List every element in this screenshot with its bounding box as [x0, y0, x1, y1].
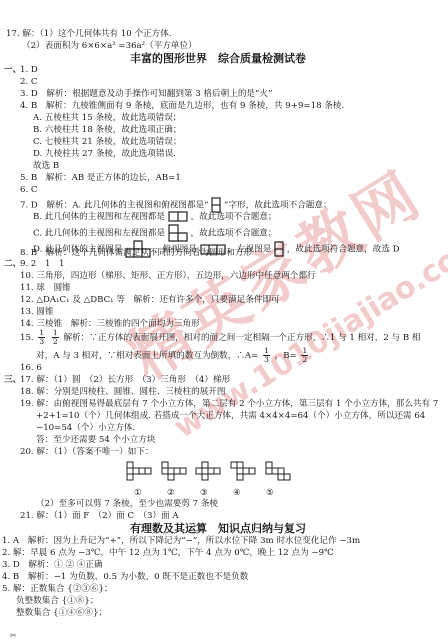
- q4-option-b: B. 六棱柱共 18 条棱，故此选项正确；: [33, 125, 182, 136]
- q15-answer-2: 12: [52, 329, 59, 346]
- part1-label: 一、: [4, 65, 21, 76]
- q3: 3. D 解析：根据题意及动手操作可知翻到第 3 格后朝上的是“火”: [20, 89, 272, 100]
- cube-net-label-2: ②: [167, 488, 175, 499]
- q17: 17. 解：（1）圆 （2）长方形 （3）三角形 （4）梯形: [20, 375, 230, 386]
- q13: 13. 圆锥: [20, 307, 54, 318]
- q4-conclusion: 故选 B: [33, 161, 59, 172]
- view-shape-two-side-by-side-icon: [168, 211, 188, 222]
- cube-net-label-1: ①: [134, 488, 142, 499]
- q7-b-pre: B. 此几何体的主视图和左视图都是: [33, 212, 165, 222]
- q9: 9. 2 1 1: [20, 259, 65, 270]
- q6: 6. C: [20, 185, 38, 196]
- q19-line1: 19. 解：由俯视图易得最底层有 7 个小立方体，第二层有 2 个小立方体，第三…: [20, 399, 438, 410]
- cube-net-5-icon: [265, 461, 291, 487]
- cube-nets-row: [126, 461, 291, 487]
- rational-item-5: 5. 解：正数集合 {②③⑥}；: [2, 584, 113, 595]
- integer-set: 整数集合 {①④⑥⑧}；: [16, 608, 107, 619]
- q8: 8. B 解析：这个几何体需满足从不同的方向看为圆形和方形: [20, 248, 252, 259]
- q15-line2: 对，A 与 3 相对，∵相对表面上所填的数互为倒数，∴A= 13 ，B= 12: [36, 347, 310, 364]
- q15-num: 15.: [20, 333, 34, 343]
- q7-head-tail: ”字形，故此选项不合题意；: [224, 201, 332, 211]
- q16: 16. 6: [20, 363, 42, 374]
- q17-prev-line2: （2）表面积为 6×6×a² =36a²（平方单位）: [22, 41, 197, 52]
- rational-item-1: 1. A 解析：因为上升记为“+”，所以下降记为“−”，所以水位下降 3m 时水…: [2, 536, 360, 547]
- q12: 12. △DA₁C₁ 及 △DBC₁ 等 解析：还有许多个，只要满足条件即可: [20, 295, 280, 306]
- q7-c-post: ，故此选项不合题意；: [191, 229, 277, 239]
- q17-prev-line1: 17. 解：（1）这个几何体共有 10 个正方体.: [6, 29, 172, 40]
- q7-option-b: B. 此几何体的主视图和左视图都是 ，故此选项不合题意；: [33, 211, 277, 223]
- view-shape-two-stacked-icon: [274, 241, 284, 257]
- q2: 2. C: [20, 77, 38, 88]
- cube-net-label-3: ③: [200, 488, 208, 499]
- scan-mark: ✂: [10, 630, 17, 640]
- q7-d-post: ，故此选项符合题意，故选 D: [287, 245, 400, 255]
- q19-line2: +2+1=10（个）几何体组成. 若搭成一个大正方体，共需 4×4×4=64（个…: [36, 411, 425, 422]
- q11: 11. 球 圆锥: [20, 283, 71, 294]
- q4-option-a: A. 五棱柱共 15 条棱，故此选项错误；: [33, 113, 181, 124]
- q7-head-text: 7. D 解析：A. 此几何体的主视图和俯视图都是“: [20, 201, 209, 211]
- section-title-graphics: 丰富的图形世界 综合质量检测试卷: [130, 53, 306, 64]
- rational-item-3: 3. D 解析：① ② ④正确: [2, 560, 103, 571]
- q19-answer: 答：至少还需要 54 个小立方块: [36, 435, 156, 446]
- q15-text: 解析：∵正方体的表面展开图，相对的面之间一定相隔一个正方形，∴1 与 1 相对，…: [63, 333, 420, 343]
- q5: 5. B 解析：AB 是正方体的边长，AB=1: [20, 173, 181, 184]
- q20-part2: （2）至多可以剪 7 条棱，至少也需要剪 7 条棱: [36, 499, 218, 510]
- part3-label: 三、: [4, 375, 21, 386]
- section-title-rational: 有理数及其运算 知识点归纳与复习: [130, 523, 306, 534]
- q20-line1: 20. 解：（1）（答案不唯一）如下：: [20, 447, 154, 458]
- cube-net-label-5: ⑤: [266, 488, 274, 499]
- q7-b-post: ，故此选项不合题意；: [191, 212, 277, 222]
- cube-net-1-icon: [126, 461, 152, 487]
- q15: 15. 13 12 解析：∵正方体的表面展开图，相对的面之间一定相隔一个正方形，…: [20, 329, 421, 346]
- q4: 4. B 解析：九棱锥侧面有 9 条棱，底面是九边形，也有 9 条棱，共 9+9…: [20, 101, 344, 112]
- part2-label: 二、: [4, 259, 21, 270]
- q4-option-d: D. 九棱柱共 27 条棱，故此选项错误.: [33, 149, 176, 160]
- q10: 10. 三角形，四边形（梯形、矩形、正方形），五边形，六边形中任意两个都行: [20, 271, 316, 282]
- cube-net-2-icon: [161, 461, 187, 487]
- q4-option-c: C. 七棱柱共 21 条棱，故此选项错误；: [33, 137, 181, 148]
- q7-c-pre: C. 此几何体的主视图和左视图都是: [33, 229, 165, 239]
- cube-net-3-icon: [195, 461, 221, 487]
- negative-integer-set: 负整数集合 {①⑧}；: [16, 596, 98, 607]
- rational-item-2: 2. 解：早晨 6 点为 −3℃，中午 12 点为 1℃，下午 4 点为 0℃，…: [2, 548, 334, 559]
- q21-line: 21. 解：（1）面 F （2）面 C （3）面 A: [20, 511, 179, 522]
- q19-line3: −10=54（个）小立方体.: [36, 423, 135, 434]
- cube-net-label-4: ④: [233, 488, 241, 499]
- q1: 1. D: [20, 65, 38, 76]
- q18: 18. 解：分别是四棱柱、圆锥、圆柱、三棱柱的展开图: [20, 387, 225, 398]
- q15-answer-1: 13: [38, 329, 45, 346]
- rational-item-4: 4. B 解析：−1 为负数，0.5 为小数，0 既不是正数也不是负数: [2, 572, 248, 583]
- cube-net-4-icon: [230, 461, 256, 487]
